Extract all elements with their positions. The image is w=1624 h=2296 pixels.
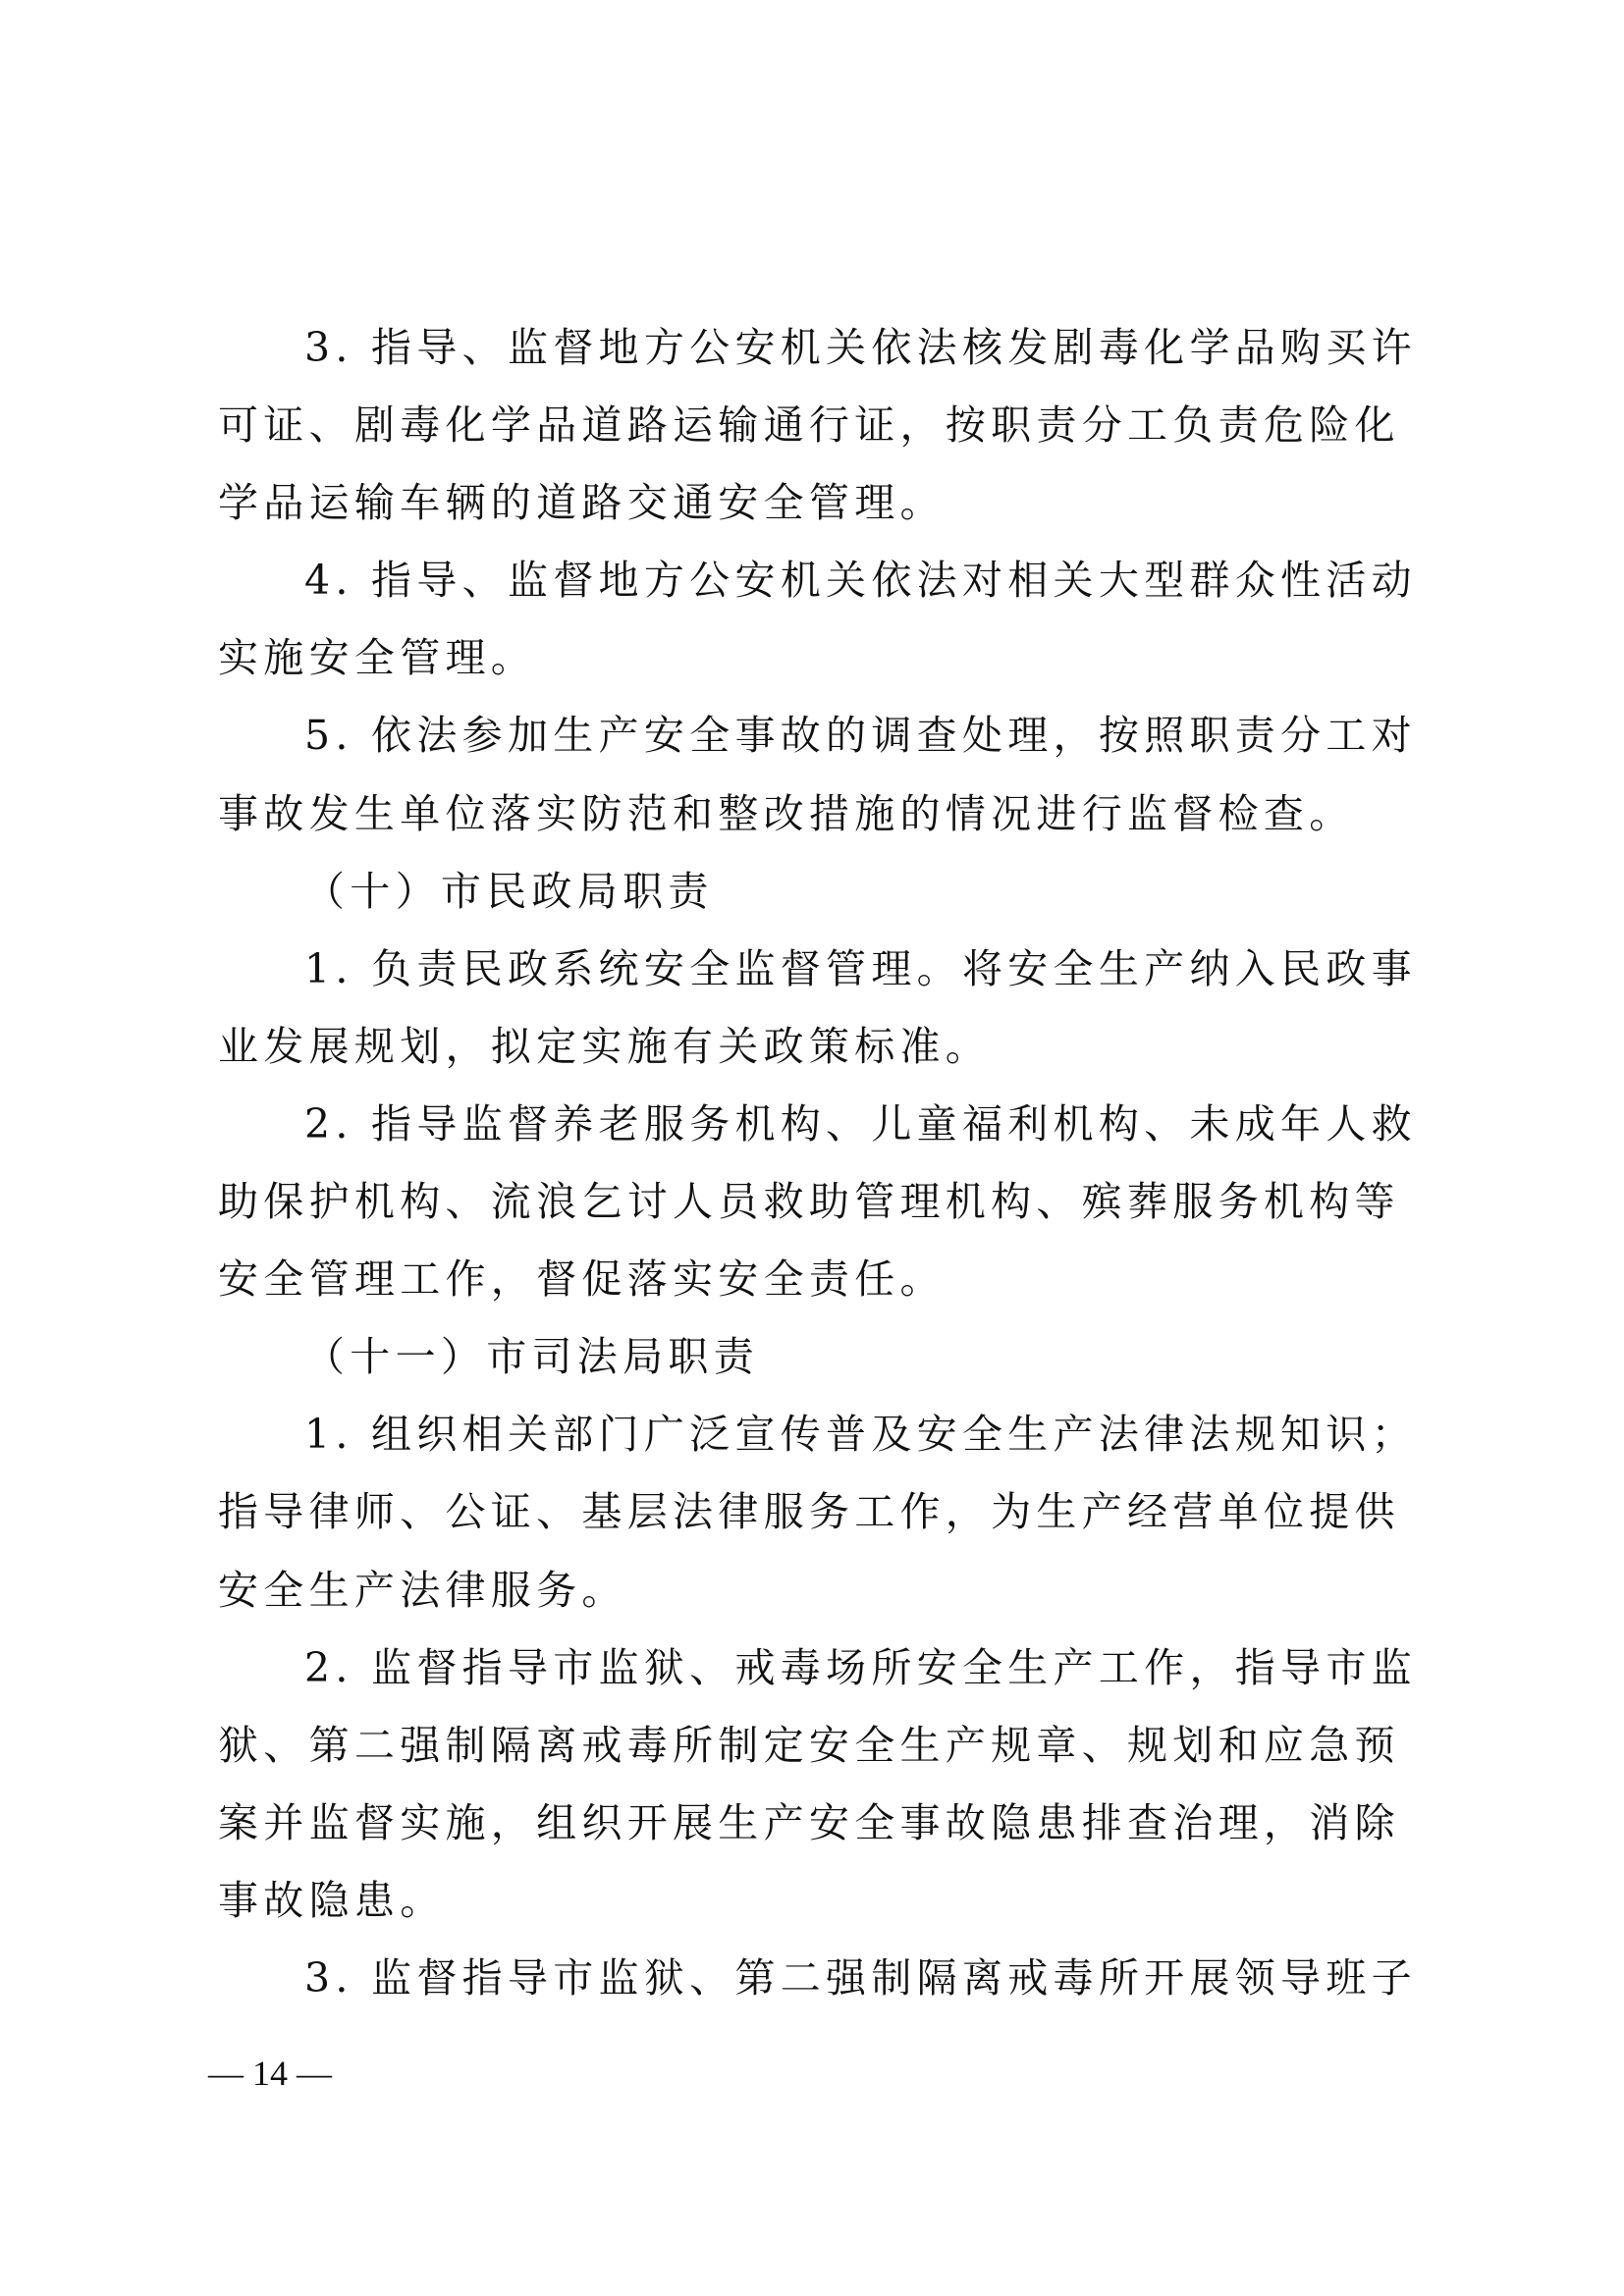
section-heading: （十一）市司法局职责 [218, 1318, 1435, 1396]
paragraph-line: 事故发生单位落实防范和整改措施的情况进行监督检查。 [218, 775, 1435, 853]
document-page: 3. 指导、监督地方公安机关依法核发剧毒化学品购买许 可证、剧毒化学品道路运输通… [0, 0, 1624, 2296]
document-body: 3. 指导、监督地方公安机关依法核发剧毒化学品购买许 可证、剧毒化学品道路运输通… [218, 309, 1435, 2017]
paragraph-line: 4. 指导、监督地方公安机关依法对相关大型群众性活动 [218, 542, 1435, 619]
paragraph-line: 3. 指导、监督地方公安机关依法核发剧毒化学品购买许 [218, 309, 1435, 387]
paragraph-line: 3. 监督指导市监狱、第二强制隔离戒毒所开展领导班子 [218, 1940, 1435, 2017]
paragraph-line: 实施安全管理。 [218, 619, 1435, 697]
paragraph-line: 1. 组织相关部门广泛宣传普及安全生产法律法规知识； [218, 1396, 1435, 1473]
paragraph-line: 安全生产法律服务。 [218, 1552, 1435, 1629]
paragraph-line: 安全管理工作，督促落实安全责任。 [218, 1241, 1435, 1318]
paragraph-line: 案并监督实施，组织开展生产安全事故隐患排查治理，消除 [218, 1785, 1435, 1862]
paragraph-line: 2. 监督指导市监狱、戒毒场所安全生产工作，指导市监 [218, 1629, 1435, 1707]
page-number: — 14 — [208, 2052, 332, 2095]
paragraph-line: 业发展规划，拟定实施有关政策标准。 [218, 1008, 1435, 1086]
paragraph-line: 2. 指导监督养老服务机构、儿童福利机构、未成年人救 [218, 1086, 1435, 1163]
paragraph-line: 助保护机构、流浪乞讨人员救助管理机构、殡葬服务机构等 [218, 1163, 1435, 1241]
paragraph-line: 狱、第二强制隔离戒毒所制定安全生产规章、规划和应急预 [218, 1707, 1435, 1785]
paragraph-line: 5. 依法参加生产安全事故的调查处理，按照职责分工对 [218, 697, 1435, 774]
paragraph-line: 1. 负责民政系统安全监督管理。将安全生产纳入民政事 [218, 931, 1435, 1008]
paragraph-line: 可证、剧毒化学品道路运输通行证，按职责分工负责危险化 [218, 387, 1435, 464]
paragraph-line: 学品运输车辆的道路交通安全管理。 [218, 464, 1435, 542]
section-heading: （十）市民政局职责 [218, 853, 1435, 931]
paragraph-line: 指导律师、公证、基层法律服务工作，为生产经营单位提供 [218, 1473, 1435, 1551]
paragraph-line: 事故隐患。 [218, 1862, 1435, 1940]
